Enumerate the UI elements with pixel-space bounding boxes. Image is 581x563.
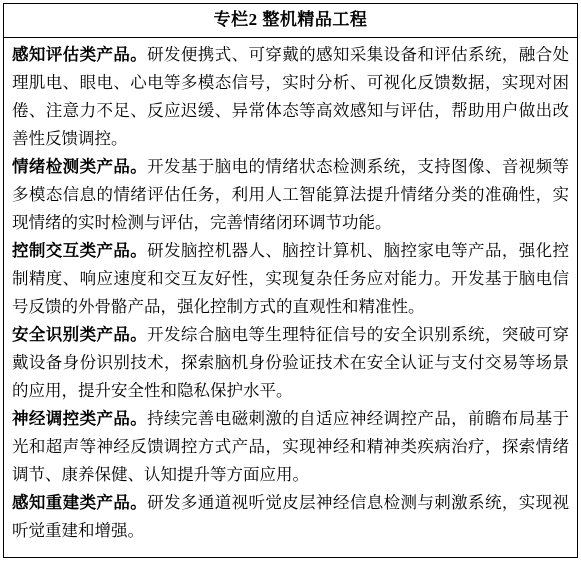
paragraph-lead: 控制交互类产品。 — [12, 241, 147, 260]
paragraph-lead: 安全识别类产品。 — [12, 325, 147, 344]
document-page: 专栏2 整机精品工程 感知评估类产品。研发便携式、可穿戴的感知采集设备和评估系统… — [0, 0, 581, 563]
paragraph-perception-evaluation: 感知评估类产品。研发便携式、可穿戴的感知采集设备和评估系统，融合处理肌电、眼电、… — [12, 41, 569, 153]
paragraph-emotion-detection: 情绪检测类产品。开发基于脑电的情绪状态检测系统，支持图像、音视频等多模态信息的情… — [12, 153, 569, 237]
paragraph-lead: 神经调控类产品。 — [12, 409, 147, 428]
box-body: 感知评估类产品。研发便携式、可穿戴的感知采集设备和评估系统，融合处理肌电、眼电、… — [4, 38, 577, 557]
paragraph-perception-reconstruction: 感知重建类产品。研发多通道视听觉皮层神经信息检测与刺激系统，实现视听觉重建和增强… — [12, 489, 569, 545]
paragraph-lead: 情绪检测类产品。 — [12, 157, 147, 176]
paragraph-security-identification: 安全识别类产品。开发综合脑电等生理特征信号的安全识别系统，突破可穿戴设备身份识别… — [12, 321, 569, 405]
paragraph-lead: 感知评估类产品。 — [12, 45, 147, 64]
paragraph-control-interaction: 控制交互类产品。研发脑控机器人、脑控计算机、脑控家电等产品，强化控制精度、响应速… — [12, 237, 569, 321]
paragraph-neural-modulation: 神经调控类产品。持续完善电磁刺激的自适应神经调控产品，前瞻布局基于光和超声等神经… — [12, 405, 569, 489]
box-title-row: 专栏2 整机精品工程 — [4, 4, 577, 38]
paragraph-lead: 感知重建类产品。 — [12, 493, 147, 512]
feature-column-box: 专栏2 整机精品工程 感知评估类产品。研发便携式、可穿戴的感知采集设备和评估系统… — [3, 3, 578, 558]
box-title: 专栏2 整机精品工程 — [214, 10, 368, 29]
